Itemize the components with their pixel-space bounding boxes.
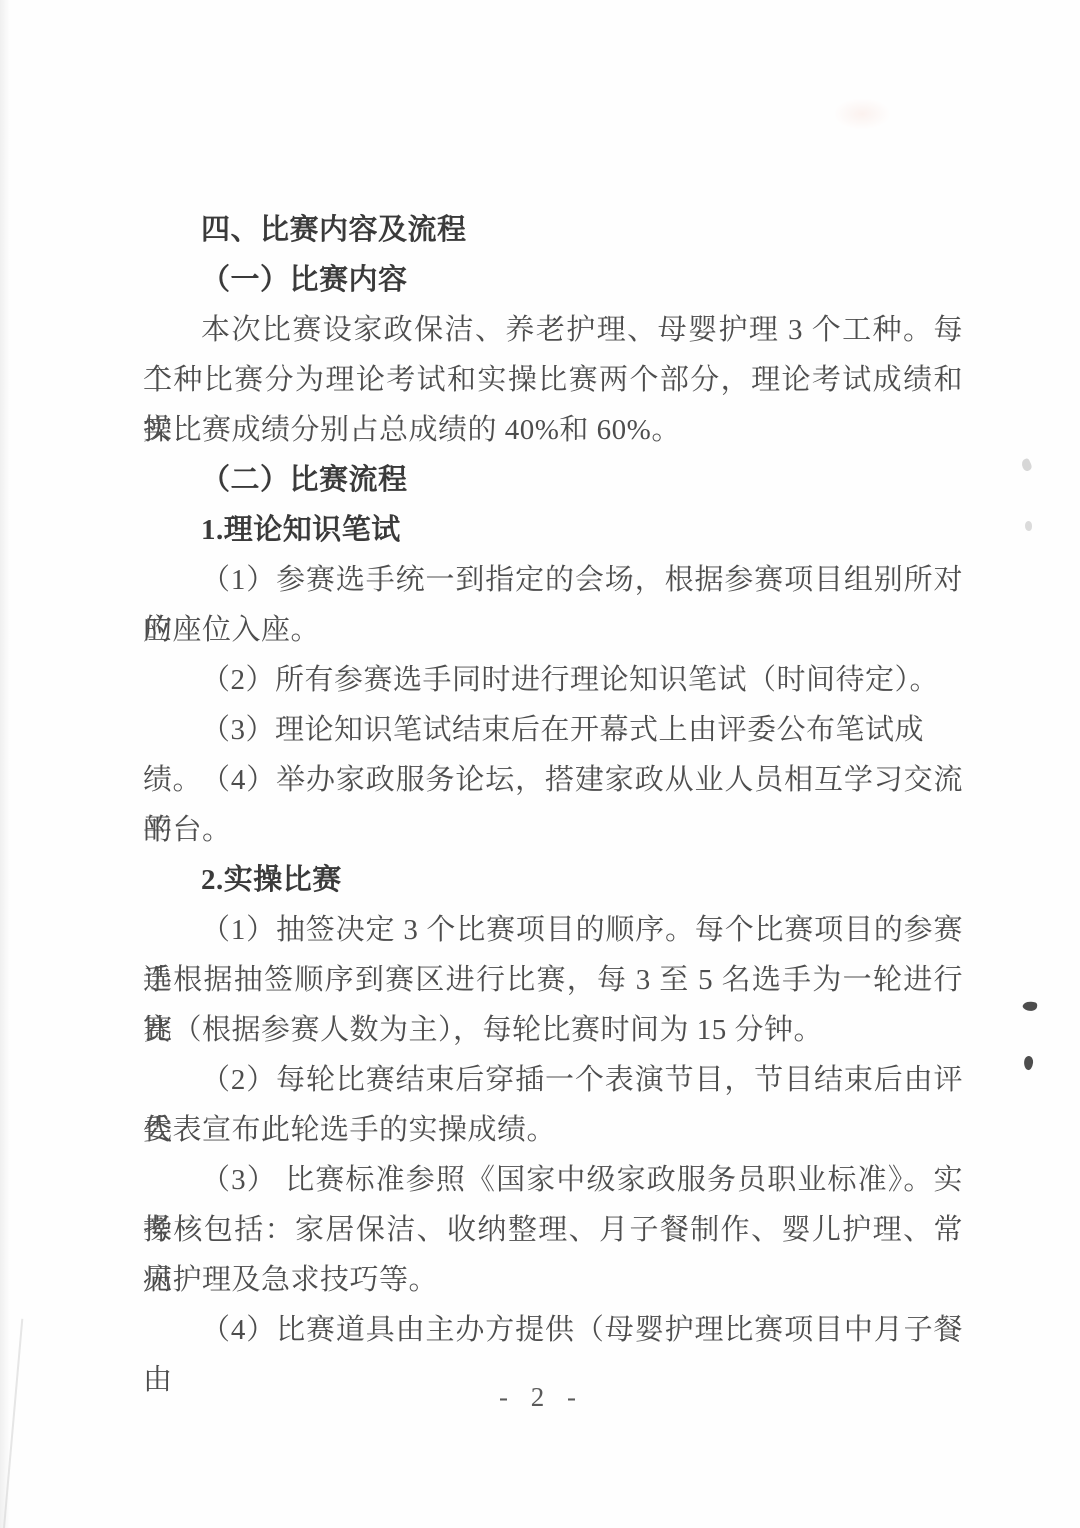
body-line-1: 本次比赛设家政保洁、养老护理、母婴护理 3 个工种。每个 bbox=[143, 305, 963, 355]
scan-smudge bbox=[833, 98, 891, 130]
heading-practical-competition: 2.实操比赛 bbox=[143, 855, 963, 905]
heading-theory-written-test: 1.理论知识笔试 bbox=[143, 505, 963, 555]
body-line-10: （1）抽签决定 3 个比赛项目的顺序。每个比赛项目的参赛选 bbox=[143, 905, 963, 955]
body-line-17: 病护理及急求技巧等。 bbox=[143, 1255, 963, 1305]
body-line-6: （2）所有参赛选手同时进行理论知识笔试（时间待定）。 bbox=[143, 655, 963, 705]
body-line-14: 代表宣布此轮选手的实操成绩。 bbox=[143, 1105, 963, 1155]
body-line-9: 平台。 bbox=[143, 805, 963, 855]
body-line-7: （3）理论知识笔试结束后在开幕式上由评委公布笔试成绩。 bbox=[143, 705, 963, 755]
body-line-5: 的座位入座。 bbox=[143, 605, 963, 655]
section-heading: 四、比赛内容及流程 bbox=[143, 205, 963, 255]
scan-speck-3 bbox=[1022, 999, 1038, 1013]
body-line-18: （4）比赛道具由主办方提供（母婴护理比赛项目中月子餐由 bbox=[143, 1305, 963, 1355]
scan-edge-artifact bbox=[0, 0, 10, 1528]
scan-speck-2 bbox=[1025, 521, 1032, 531]
subsection-heading-content: （一）比赛内容 bbox=[143, 255, 963, 305]
subsection-heading-procedure: （二）比赛流程 bbox=[143, 455, 963, 505]
body-line-3: 操比赛成绩分别占总成绩的 40%和 60%。 bbox=[143, 405, 963, 455]
scanned-document-page: 四、比赛内容及流程 （一）比赛内容 本次比赛设家政保洁、养老护理、母婴护理 3 … bbox=[0, 0, 1080, 1528]
body-line-13: （2）每轮比赛结束后穿插一个表演节目，节目结束后由评委 bbox=[143, 1055, 963, 1105]
body-line-4: （1）参赛选手统一到指定的会场，根据参赛项目组别所对应 bbox=[143, 555, 963, 605]
page-number: - 2 - bbox=[0, 1381, 1080, 1413]
body-line-2: 工种比赛分为理论考试和实操比赛两个部分，理论考试成绩和实 bbox=[143, 355, 963, 405]
body-line-11: 手根据抽签顺序到赛区进行比赛，每 3 至 5 名选手为一轮进行比 bbox=[143, 955, 963, 1005]
body-line-8: （4）举办家政服务论坛，搭建家政从业人员相互学习交流的 bbox=[143, 755, 963, 805]
document-body: 四、比赛内容及流程 （一）比赛内容 本次比赛设家政保洁、养老护理、母婴护理 3 … bbox=[143, 205, 963, 1355]
body-line-12: 赛（根据参赛人数为主），每轮比赛时间为 15 分钟。 bbox=[143, 1005, 963, 1055]
body-line-15: （3） 比赛标准参照《国家中级家政服务员职业标准》。实操 bbox=[143, 1155, 963, 1205]
scan-speck-1 bbox=[1020, 458, 1033, 473]
body-line-16: 考核包括：家居保洁、收纳整理、月子餐制作、婴儿护理、常见 bbox=[143, 1205, 963, 1255]
scan-speck-4 bbox=[1023, 1055, 1034, 1070]
